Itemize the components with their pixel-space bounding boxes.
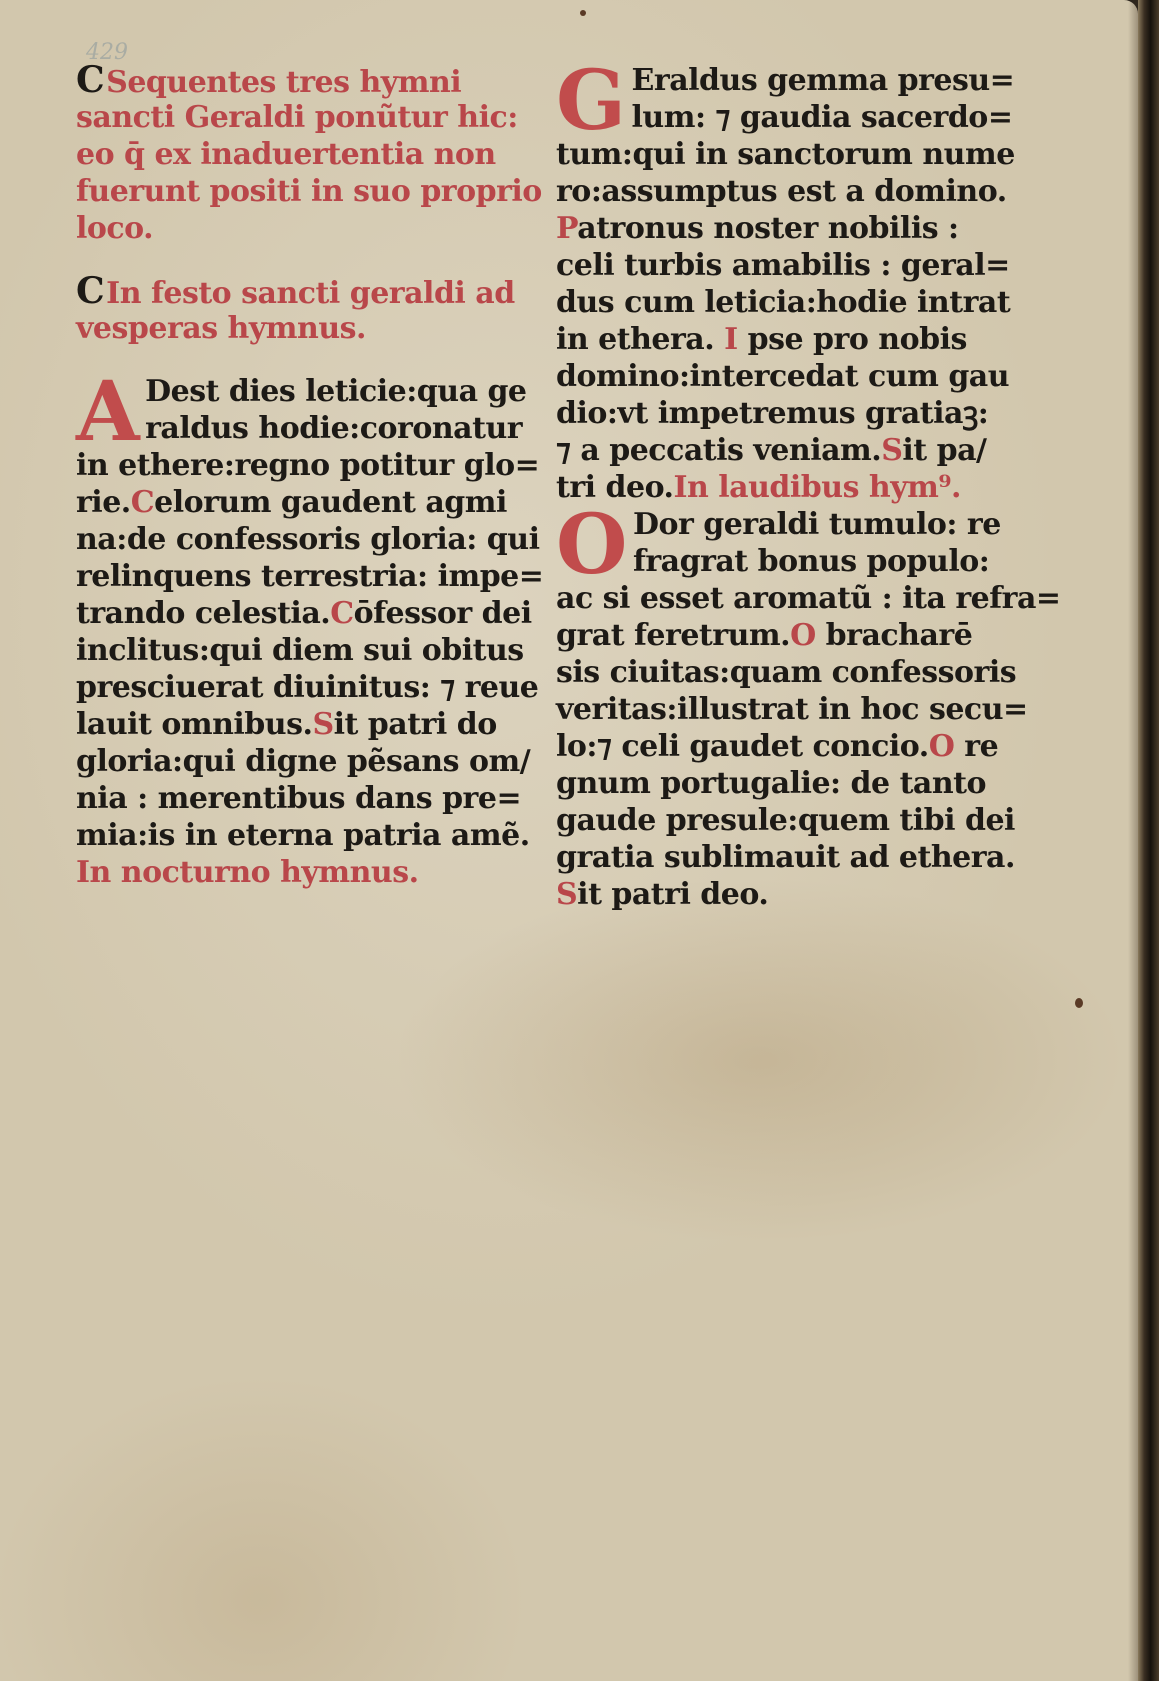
inline-capital: S <box>312 707 333 742</box>
initial-capital: A <box>76 377 139 447</box>
text-segment: atronus noster nobilis : <box>577 211 958 246</box>
text-line: tum:qui in sanctorum nume <box>556 136 1006 173</box>
rubric-line: In festo sancti geraldi ad <box>106 276 515 311</box>
rubric-nocturn-heading: In nocturno hymnus. <box>76 854 526 891</box>
text-segment: elorum gaudent agmi <box>154 485 507 520</box>
text-line: inclitus:qui diem sui obitus <box>76 632 526 669</box>
initial-capital: O <box>556 510 627 580</box>
rubric-line: loco. <box>76 210 526 247</box>
text-line: in ethere:regno potitur glo= <box>76 447 526 484</box>
text-segment: in ethera. <box>556 322 714 357</box>
text-line: dus cum leticia:hodie intrat <box>556 284 1006 321</box>
ink-spot <box>1075 998 1083 1008</box>
text-line: ro:assumptus est a domino. <box>556 173 1006 210</box>
inline-capital: P <box>556 211 577 246</box>
text-segment: it pa/ <box>902 433 986 468</box>
text-line: gaude presule:quem tibi dei <box>556 802 1006 839</box>
text-segment: rie. <box>76 485 131 520</box>
text-line: domino:intercedat cum gau <box>556 358 1006 395</box>
rubric-line: vesperas hymnus. <box>76 310 526 347</box>
hymn-o-dor-geraldi: O Dor geraldi tumulo: re fragrat bonus p… <box>556 506 1006 913</box>
text-segment: trando celestia. <box>76 596 330 631</box>
paragraph-mark-icon: C <box>76 59 104 101</box>
text-segment: lo:⁊ celi gaudet concio. <box>556 729 929 764</box>
text-line: Dest dies leticie:qua ge <box>76 373 526 410</box>
rubric-introduction: CSequentes tres hymni sancti Geraldi pon… <box>76 62 526 247</box>
inline-capital: S <box>881 433 902 468</box>
text-segment: re <box>964 729 998 764</box>
text-line: relinquens terrestria: impe= <box>76 558 526 595</box>
right-column: G Eraldus gemma presu= lum: ⁊ gaudia sac… <box>556 62 1006 913</box>
text-segment: it patri deo. <box>577 877 768 912</box>
text-line: ac si esset aromatũ : ita refra= <box>556 580 1006 617</box>
text-line: presciuerat diuinitus: ⁊ reue <box>76 669 526 706</box>
text-line: veritas:illustrat in hoc secu= <box>556 691 1006 728</box>
text-line: gratia sublimauit ad ethera. <box>556 839 1006 876</box>
inline-capital: O <box>790 618 816 653</box>
text-segment: ⁊ a peccatis veniam. <box>556 433 881 468</box>
rubric-line: Sequentes tres hymni <box>106 65 461 100</box>
left-column: CSequentes tres hymni sancti Geraldi pon… <box>76 62 526 891</box>
inline-capital: S <box>556 877 577 912</box>
text-line: mia:is in eterna patria amẽ. <box>76 817 526 854</box>
rubric-line: sancti Geraldi ponũtur hic: <box>76 99 526 136</box>
ink-spot <box>580 10 586 16</box>
text-segment: pse pro nobis <box>748 322 967 357</box>
initial-capital: G <box>556 66 626 136</box>
page-edge-shadow <box>1128 0 1138 1681</box>
hymn-adest-dies: A Dest dies leticie:qua ge raldus hodie:… <box>76 373 526 854</box>
rubric-vespers-heading: CIn festo sancti geraldi ad vesperas hym… <box>76 273 526 347</box>
text-segment: grat feretrum. <box>556 618 790 653</box>
paragraph-mark-icon: C <box>76 270 104 312</box>
text-line: nia : merentibus dans pre= <box>76 780 526 817</box>
text-segment: it patri do <box>334 707 497 742</box>
text-segment: lauit omnibus. <box>76 707 312 742</box>
inline-capital: I <box>724 322 738 357</box>
text-line: gnum portugalie: de tanto <box>556 765 1006 802</box>
text-line: dio:vt impetremus gratiaꝫ: <box>556 395 1006 432</box>
text-line: sis ciuitas:quam confessoris <box>556 654 1006 691</box>
inline-capital: O <box>929 729 955 764</box>
rubric-line: eo q̄ ex inaduertentia non <box>76 136 526 173</box>
text-segment: tri deo. <box>556 470 674 505</box>
text-line: na:de confessoris gloria: qui <box>76 521 526 558</box>
inline-capital: C <box>131 485 154 520</box>
text-segment: ōfessor dei <box>354 596 532 631</box>
book-spine <box>1138 0 1159 1681</box>
inline-capital: C <box>330 596 353 631</box>
text-line: raldus hodie:coronatur <box>76 410 526 447</box>
rubric-lauds-heading: In laudibus hym⁹. <box>674 470 962 505</box>
book-page: 429 CSequentes tres hymni sancti Geraldi… <box>0 0 1138 1681</box>
text-line: gloria:qui digne pẽsans om/ <box>76 743 526 780</box>
hymn-geraldus-gemma: G Eraldus gemma presu= lum: ⁊ gaudia sac… <box>556 62 1006 506</box>
text-segment: bracharē <box>826 618 973 653</box>
rubric-line: fuerunt positi in suo proprio <box>76 173 526 210</box>
text-line: celi turbis amabilis : geral= <box>556 247 1006 284</box>
